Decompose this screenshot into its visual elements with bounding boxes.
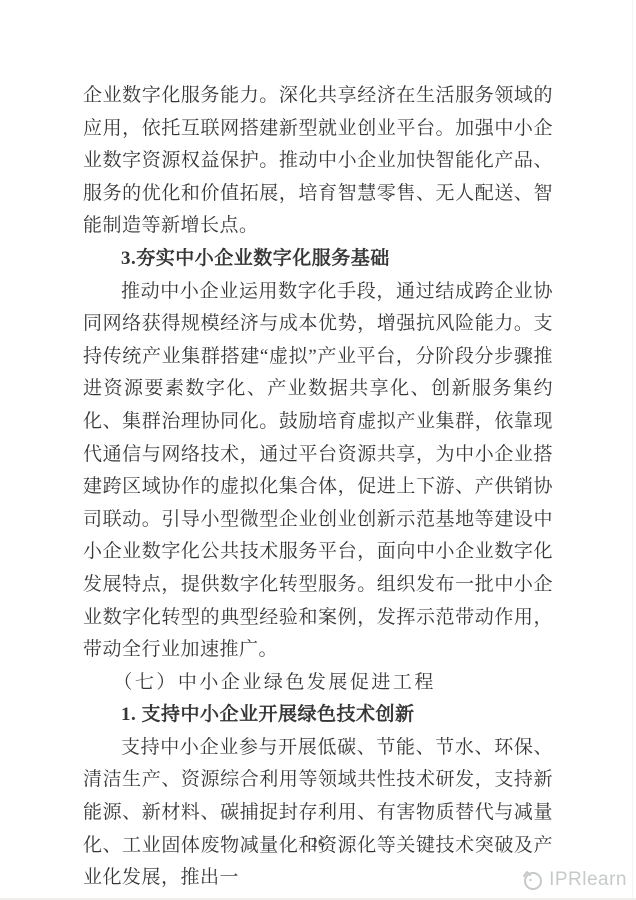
document-page: 企业数字化服务能力。深化共享经济在生活服务领域的应用，依托互联网搭建新型就业创业… bbox=[0, 0, 636, 900]
numbered-heading-digital-service: 3.夯实中小企业数字化服务基础 bbox=[83, 243, 553, 276]
watermark: IPRlearn bbox=[520, 868, 627, 892]
iprlearn-logo-icon bbox=[520, 868, 544, 892]
section-heading-green-development: （七）中小企业绿色发展促进工程 bbox=[83, 667, 553, 700]
page-number: 26 bbox=[0, 835, 636, 851]
page-edge-line bbox=[632, 0, 633, 900]
watermark-text: IPRlearn bbox=[549, 869, 627, 891]
paragraph-continuation: 企业数字化服务能力。深化共享经济在生活服务领域的应用，依托互联网搭建新型就业创业… bbox=[83, 80, 553, 243]
paragraph-green-tech: 支持中小企业参与开展低碳、节能、节水、环保、清洁生产、资源综合利用等领域共性技术… bbox=[83, 732, 553, 895]
numbered-heading-green-tech: 1. 支持中小企业开展绿色技术创新 bbox=[83, 699, 553, 732]
document-body: 企业数字化服务能力。深化共享经济在生活服务领域的应用，依托互联网搭建新型就业创业… bbox=[83, 80, 553, 895]
paragraph-digital-service: 推动中小企业运用数字化手段，通过结成跨企业协同网络获得规模经济与成本优势，增强抗… bbox=[83, 276, 553, 667]
